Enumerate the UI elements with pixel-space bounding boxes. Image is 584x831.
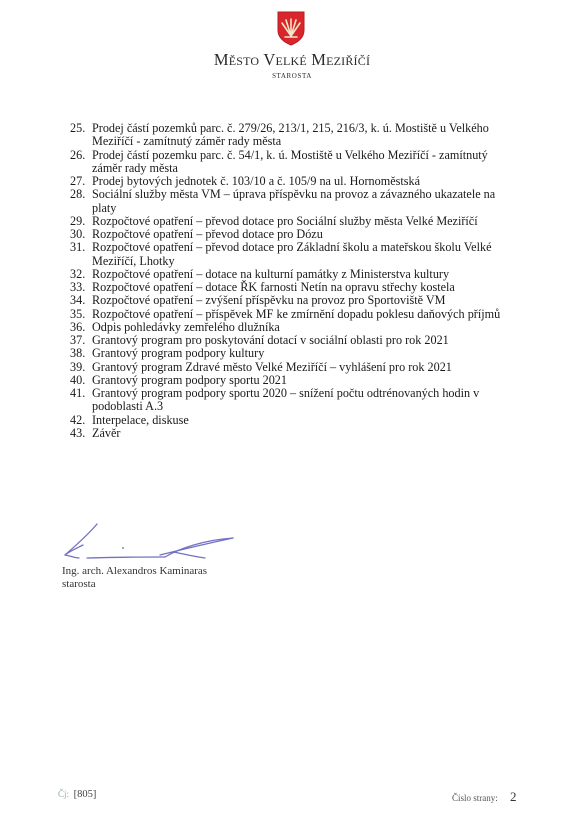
agenda-item: 42.Interpelace, diskuse: [70, 414, 520, 427]
agenda-item-number: 27.: [70, 175, 85, 188]
agenda-item-text: Rozpočtové opatření – převod dotace pro …: [92, 214, 478, 228]
agenda-item-number: 33.: [70, 281, 85, 294]
city-coat-of-arms-icon: [276, 10, 306, 46]
agenda-item-number: 26.: [70, 149, 85, 162]
agenda-item-number: 38.: [70, 347, 85, 360]
agenda-item-number: 43.: [70, 427, 85, 440]
agenda-item-number: 34.: [70, 294, 85, 307]
agenda-item-text: Grantový program podpory sportu 2020 – s…: [92, 386, 479, 413]
agenda-item-text: Grantový program podpory kultury: [92, 346, 264, 360]
reference-prefix: Čj:: [58, 789, 69, 799]
agenda-item: 43.Závěr: [70, 427, 520, 440]
organization-subtitle: STAROSTA: [0, 72, 584, 80]
organization-title: Město Velké Meziříčí: [0, 50, 584, 70]
agenda-item: 40.Grantový program podpory sportu 2021: [70, 374, 520, 387]
agenda-item-text: Odpis pohledávky zemřelého dlužníka: [92, 320, 280, 334]
signer-role: starosta: [62, 578, 96, 590]
agenda-item-text: Prodej částí pozemku parc. č. 54/1, k. ú…: [92, 148, 488, 175]
agenda-item-text: Rozpočtové opatření – dotace na kulturní…: [92, 267, 449, 281]
agenda-item-number: 28.: [70, 188, 85, 201]
agenda-item-text: Závěr: [92, 426, 120, 440]
document-reference: Čj: [805]: [58, 789, 96, 800]
agenda-item-text: Rozpočtové opatření – dotace ŘK farnosti…: [92, 280, 455, 294]
agenda-item: 34.Rozpočtové opatření – zvýšení příspěv…: [70, 294, 520, 307]
agenda-item: 29.Rozpočtové opatření – převod dotace p…: [70, 215, 520, 228]
agenda-item-text: Grantový program podpory sportu 2021: [92, 373, 287, 387]
agenda-item: 28.Sociální služby města VM – úprava pří…: [70, 188, 520, 215]
agenda-item-text: Rozpočtové opatření – příspěvek MF ke zm…: [92, 307, 500, 321]
agenda-item-number: 35.: [70, 308, 85, 321]
agenda-item: 36.Odpis pohledávky zemřelého dlužníka: [70, 321, 520, 334]
signer-name: Ing. arch. Alexandros Kaminaras: [62, 565, 207, 577]
agenda-item: 33.Rozpočtové opatření – dotace ŘK farno…: [70, 281, 520, 294]
agenda-item: 38.Grantový program podpory kultury: [70, 347, 520, 360]
agenda-item: 25.Prodej částí pozemků parc. č. 279/26,…: [70, 122, 520, 149]
page-number: 2: [510, 789, 517, 804]
agenda-item-number: 36.: [70, 321, 85, 334]
agenda-item-text: Rozpočtové opatření – zvýšení příspěvku …: [92, 293, 446, 307]
handwritten-signature-icon: [55, 518, 255, 563]
agenda-item: 37.Grantový program pro poskytování dota…: [70, 334, 520, 347]
agenda-item: 41.Grantový program podpory sportu 2020 …: [70, 387, 520, 414]
agenda-item: 27.Prodej bytových jednotek č. 103/10 a …: [70, 175, 520, 188]
agenda-item-text: Rozpočtové opatření – převod dotace pro …: [92, 240, 491, 267]
agenda-item-number: 29.: [70, 215, 85, 228]
agenda-item-number: 25.: [70, 122, 85, 135]
reference-number: [805]: [74, 789, 97, 800]
page-label: Číslo strany:: [452, 793, 498, 803]
agenda-item-number: 41.: [70, 387, 85, 400]
agenda-item-number: 30.: [70, 228, 85, 241]
agenda-item: 35.Rozpočtové opatření – příspěvek MF ke…: [70, 308, 520, 321]
agenda-item: 26.Prodej částí pozemku parc. č. 54/1, k…: [70, 149, 520, 176]
page-indicator: Číslo strany: 2: [452, 789, 517, 805]
agenda-item-number: 40.: [70, 374, 85, 387]
agenda-item: 31.Rozpočtové opatření – převod dotace p…: [70, 241, 520, 268]
agenda-item-number: 32.: [70, 268, 85, 281]
agenda-item-text: Sociální služby města VM – úprava příspě…: [92, 187, 495, 214]
agenda-list: 25.Prodej částí pozemků parc. č. 279/26,…: [70, 122, 520, 440]
agenda-item-text: Grantový program Zdravé město Velké Mezi…: [92, 360, 452, 374]
agenda-item-number: 31.: [70, 241, 85, 254]
agenda-item: 39.Grantový program Zdravé město Velké M…: [70, 361, 520, 374]
agenda-item-text: Grantový program pro poskytování dotací …: [92, 333, 449, 347]
agenda-item-text: Rozpočtové opatření – převod dotace pro …: [92, 227, 323, 241]
agenda-item: 32.Rozpočtové opatření – dotace na kultu…: [70, 268, 520, 281]
agenda-item-number: 39.: [70, 361, 85, 374]
agenda-item-number: 42.: [70, 414, 85, 427]
agenda-item-number: 37.: [70, 334, 85, 347]
agenda-item-text: Interpelace, diskuse: [92, 413, 189, 427]
agenda-item-text: Prodej bytových jednotek č. 103/10 a č. …: [92, 174, 420, 188]
agenda-item-text: Prodej částí pozemků parc. č. 279/26, 21…: [92, 121, 489, 148]
agenda-item: 30.Rozpočtové opatření – převod dotace p…: [70, 228, 520, 241]
